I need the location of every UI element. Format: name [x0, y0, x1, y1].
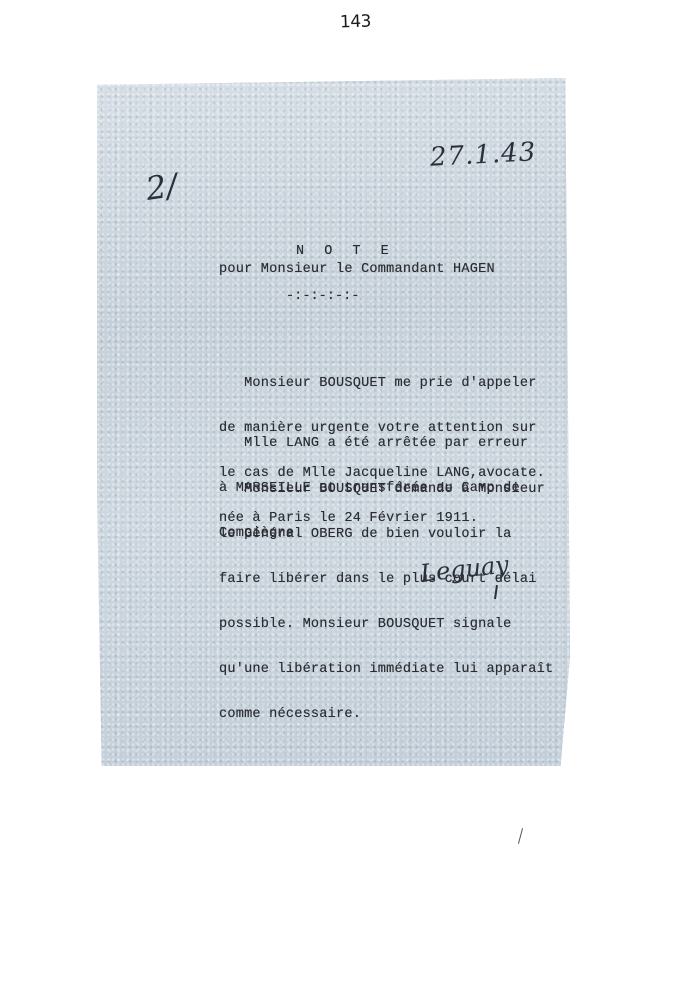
paragraph-line: Monsieur BOUSQUET me prie d'appeler [219, 376, 545, 391]
scan-artifact-mark [518, 828, 523, 844]
paragraph-line: comme nécessaire. [219, 707, 553, 722]
page-number: 143 [340, 11, 372, 32]
paragraph-line: le Général OBERG de bien vouloir la [219, 527, 553, 542]
handwritten-date: 27.1.43 [429, 137, 537, 173]
separator-line: -:-:-:-:- [286, 289, 359, 304]
document-title: N O T E [296, 244, 395, 259]
paragraph-line: possible. Monsieur BOUSQUET signale [219, 617, 553, 632]
paragraph-line: Mlle LANG a été arrêtée par erreur [219, 436, 528, 451]
document-addressee: pour Monsieur le Commandant HAGEN [219, 262, 495, 277]
handwritten-margin-mark: 2/ [144, 166, 180, 208]
paragraph-line: qu'une libération immédiate lui apparaît [219, 662, 553, 677]
paragraph-line: Monsieur BOUSQUET demande à Monsieur [219, 482, 553, 497]
paragraph-3: Monsieur BOUSQUET demande à Monsieur le … [219, 452, 553, 737]
